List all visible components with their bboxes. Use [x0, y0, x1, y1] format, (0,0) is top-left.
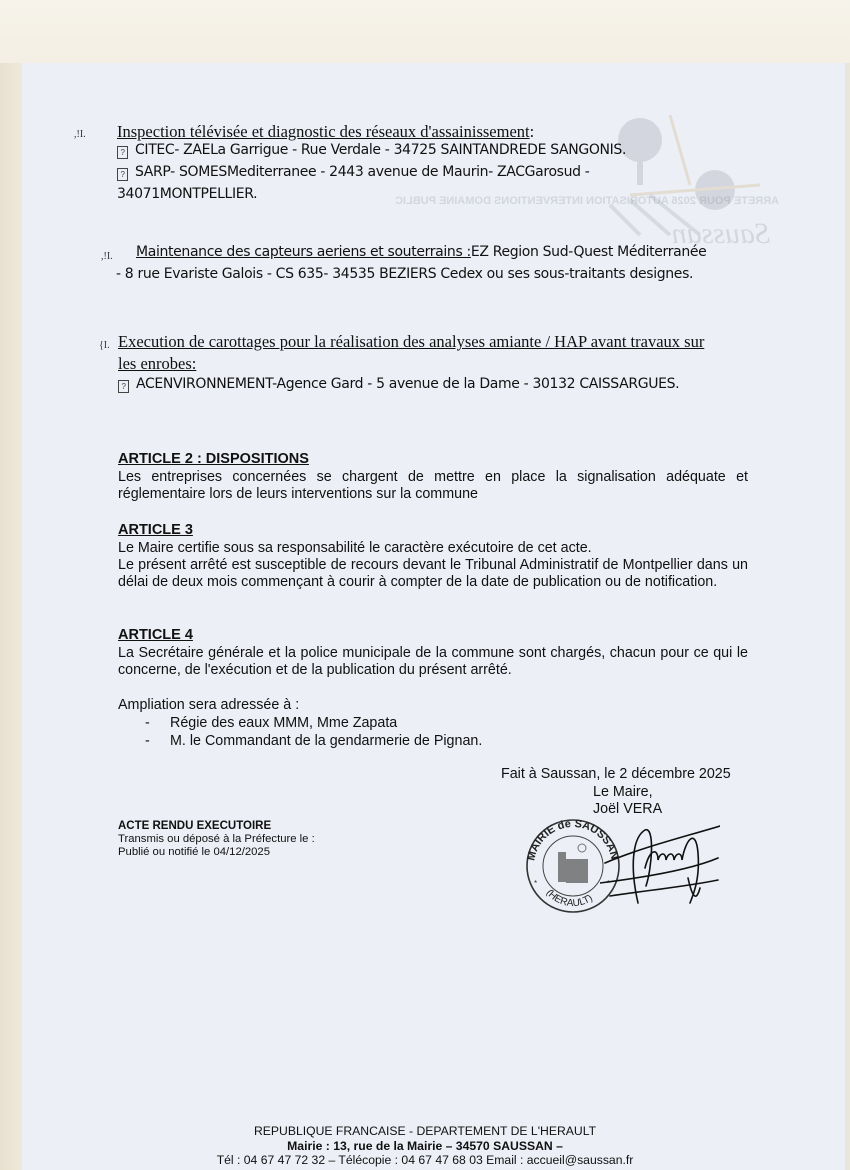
- executoire-publie: Publié ou notifié le 04/12/2025: [118, 846, 315, 859]
- svg-text:Saussan: Saussan: [672, 217, 770, 245]
- list-item: ?ACENVIRONNEMENT-Agence Gard - 5 avenue …: [118, 376, 679, 393]
- place-date: Fait à Saussan, le 2 décembre 2025: [501, 766, 731, 782]
- list-item: ?CITEC- ZAELa Garrigue - Rue Verdale - 3…: [117, 142, 626, 159]
- article-2-title: ARTICLE 2 : DISPOSITIONS: [118, 451, 309, 467]
- svg-text:*: *: [534, 879, 537, 888]
- list-marker: ,!I.: [101, 251, 113, 262]
- scan-border-top: [0, 0, 850, 63]
- footer-contact: Tél : 04 67 47 72 32 – Télécopie : 04 67…: [0, 1153, 850, 1168]
- executoire-block: ACTE RENDU EXECUTOIRE Transmis ou déposé…: [118, 820, 315, 859]
- recipient-item: -M. le Commandant de la gendarmerie de P…: [145, 733, 482, 749]
- list-marker: {I.: [99, 340, 110, 351]
- mayor-signature-icon: [600, 808, 720, 918]
- missing-glyph-bullet-icon: ?: [117, 146, 128, 159]
- missing-glyph-bullet-icon: ?: [117, 168, 128, 181]
- scan-border-left: [0, 63, 22, 1170]
- recipient-item: -Régie des eaux MMM, Mme Zapata: [145, 715, 397, 731]
- list-marker: ,!I.: [74, 129, 86, 140]
- signatory-role: Le Maire,: [593, 784, 653, 800]
- footer-line-1: REPUBLIQUE FRANCAISE - DEPARTEMENT DE L'…: [0, 1124, 850, 1139]
- list-item: ?SARP- SOMESMediterranee - 2443 avenue d…: [117, 164, 590, 181]
- missing-glyph-bullet-icon: ?: [118, 380, 129, 393]
- article-4-text: La Secrétaire générale et la police muni…: [118, 645, 748, 679]
- article-3-title: ARTICLE 3: [118, 522, 193, 538]
- list-item-continuation: 34071MONTPELLIER.: [117, 186, 257, 202]
- executoire-transmis: Transmis ou déposé à la Préfecture le :: [118, 833, 315, 846]
- bleed-through-logo-icon: Saussan: [600, 95, 790, 245]
- article-2-text: Les entreprises concernées se chargent d…: [118, 469, 748, 503]
- section-title-carottages: Execution de carottages pour la réalisat…: [118, 332, 704, 352]
- letterhead-footer: REPUBLIQUE FRANCAISE - DEPARTEMENT DE L'…: [0, 1124, 850, 1168]
- section-title-carottages-cont: les enrobes:: [118, 354, 196, 374]
- footer-address: Mairie : 13, rue de la Mairie – 34570 SA…: [0, 1139, 850, 1154]
- article-3-text-1: Le Maire certifie sous sa responsabilité…: [118, 540, 592, 557]
- section-title-maintenance: Maintenance des capteurs aeriens et sout…: [136, 244, 706, 260]
- section-title-inspection: Inspection télévisée et diagnostic des r…: [117, 122, 534, 142]
- list-item: - 8 rue Evariste Galois - CS 635- 34535 …: [116, 266, 693, 282]
- scan-border-right: [846, 63, 850, 1170]
- ampliation-intro: Ampliation sera adressée à :: [118, 697, 299, 714]
- article-4-title: ARTICLE 4: [118, 627, 193, 643]
- executoire-title: ACTE RENDU EXECUTOIRE: [118, 820, 315, 833]
- article-3-text-2: Le présent arrêté est susceptible de rec…: [118, 557, 748, 591]
- bleed-through-heading: ARRETE POUR 2026 AUTORISATION INTERVENTI…: [395, 195, 779, 207]
